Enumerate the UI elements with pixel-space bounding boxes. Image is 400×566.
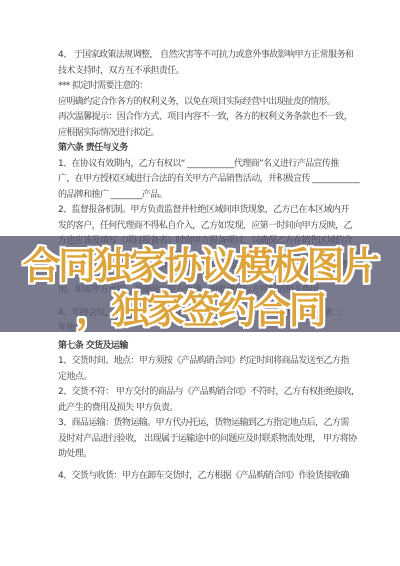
- contract-document-page: 4、 于国家政策法规调整， 自然灾害等不可抗力或意外事故影响甲方正常服务和技术支…: [0, 0, 400, 566]
- doc-line: 及时对产品进行验收， 出现属于运输途中的问题应及时联系物流处理， 甲方将协: [58, 432, 350, 448]
- doc-line: 1、交货时间、地点：甲方须按《产品购销合同》约定时间将商品发送至乙方指: [58, 354, 350, 370]
- doc-line: 助处理。: [58, 447, 350, 463]
- doc-line: 4、 于国家政策法规调整， 自然灾害等不可抗力或意外事故影响甲方正常服务和: [58, 48, 350, 64]
- doc-line: 3、商品运输：货物运输。甲方代办托运，货物运输到乙方指定地点后，乙方需: [58, 416, 350, 432]
- doc-line: 此产生的费用及损失 甲方负责。: [58, 401, 350, 417]
- doc-line: 再次温馨提示：因合作方式、项目内容不一致，各方的权利义务条款也不一致，: [58, 110, 350, 126]
- doc-line: 2、监督报备机制。甲方负责监督并杜绝区域间串货现象，乙方已在本区域内开: [58, 203, 350, 219]
- watermark-title: 合同独家协议模板图片 ，独家签约合同: [0, 244, 400, 332]
- doc-line: 4、交货与收货：甲方在卸车交货时，乙方根据《产品购销合同》作验货接收确: [58, 469, 350, 485]
- doc-line: 1、在协议有效期内，乙方有权以“ ____________代理商”名义进行产品宣…: [58, 157, 350, 173]
- doc-line: 发的客户，任何代理商不得私自介入，乙方如发现，应第一时间向甲方反映，乙: [58, 219, 350, 235]
- doc-line: 应根据实际情况进行拟定。: [58, 126, 350, 142]
- doc-line: 应明确约定合作各方的权利义务，以免在项目实际经营中出现扯皮的情形。: [58, 95, 350, 111]
- doc-line: *** 拟定时需要注意的：: [58, 79, 350, 95]
- doc-line: 技术支持时，双方互不承担责任。: [58, 64, 350, 80]
- doc-line: 第七条 交货及运输: [58, 339, 350, 355]
- doc-line: 广，在甲方授权区域进行合法的有关甲方产品销售活动，并积极宣传 _________…: [58, 172, 350, 188]
- doc-line: 定地点。: [58, 370, 350, 386]
- watermark-title-line2: ，独家签约合同: [0, 288, 400, 332]
- doc-line: 2、交货不符： 甲方交付的商品与《产品购销合同》不符时，乙方有权拒绝接收，: [58, 385, 350, 401]
- doc-line: 第六条 责任与义务: [58, 141, 350, 157]
- watermark-title-line1: 合同独家协议模板图片: [0, 244, 400, 288]
- doc-line: 的品牌和推广 ________产品。: [58, 188, 350, 204]
